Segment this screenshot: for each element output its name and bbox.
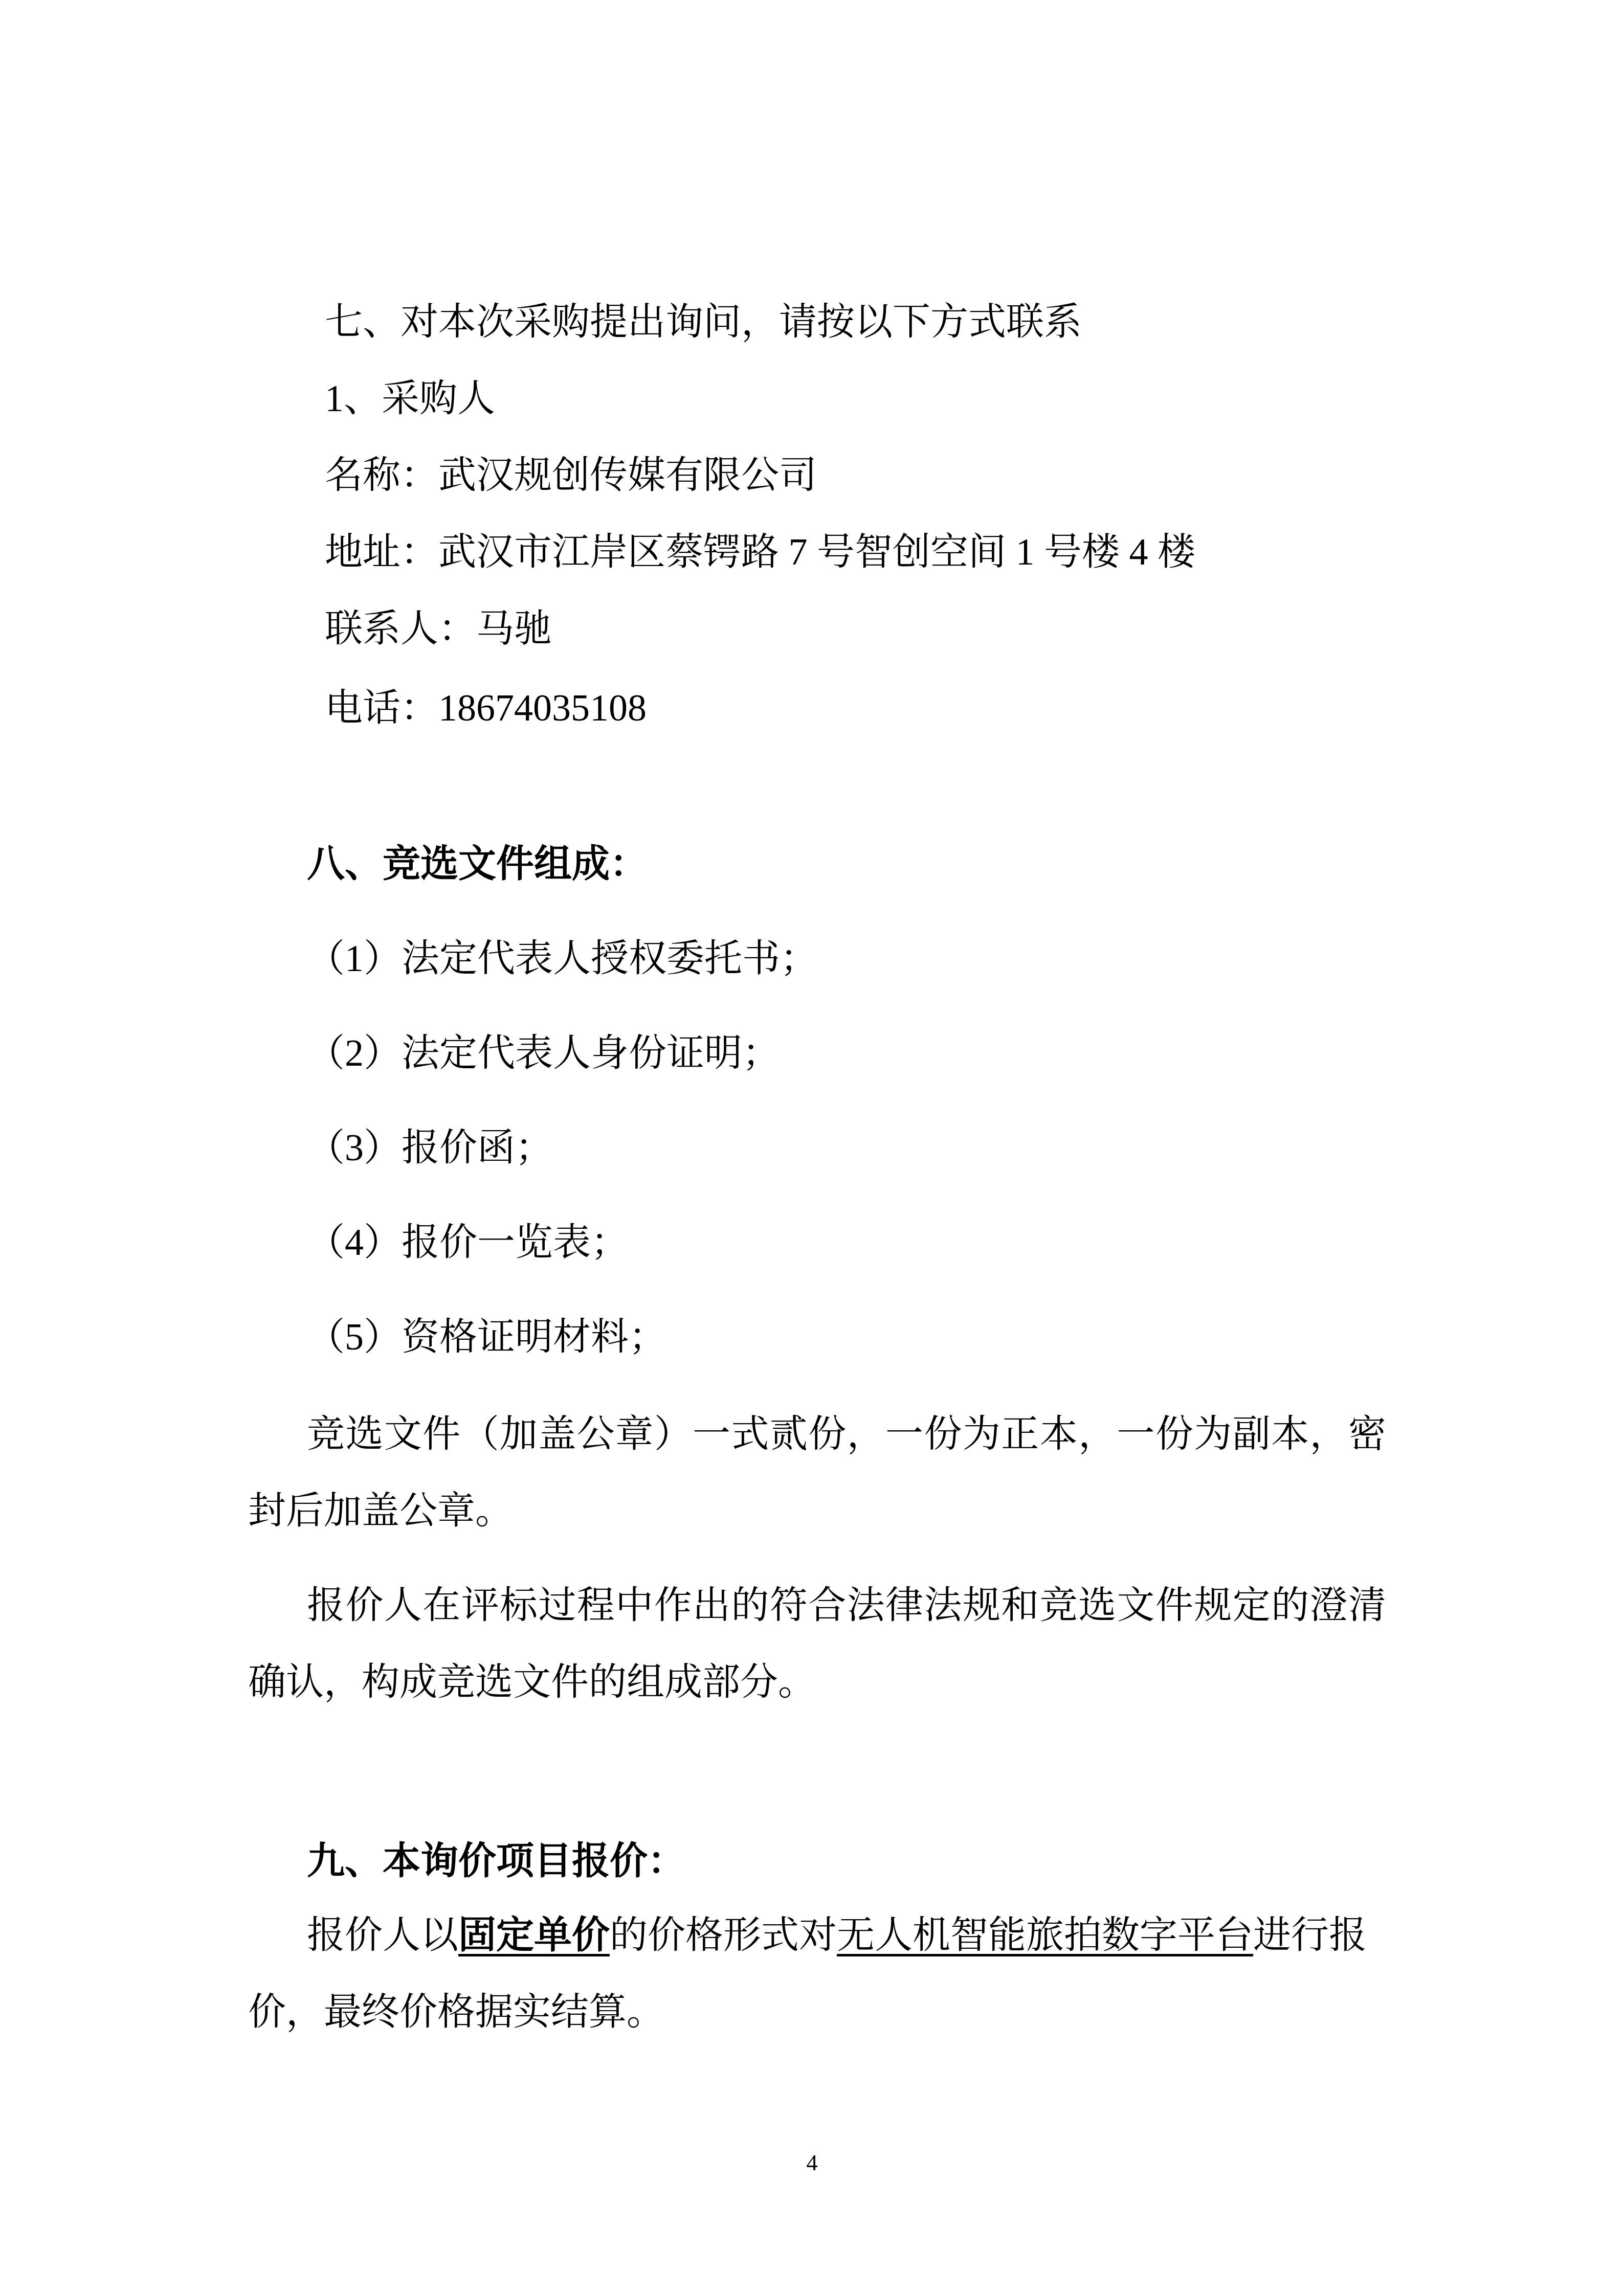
paragraph-copies-line1: 竞选文件（加盖公章）一式贰份，一份为正本，一份为副本，密: [307, 1411, 1386, 1457]
purchaser-address: 地址：武汉市江岸区蔡锷路 7 号智创空间 1 号楼 4 楼: [325, 529, 1195, 575]
pricing-suffix: 进行报: [1253, 1912, 1367, 1959]
section-8-heading: 八、竞选文件组成：: [307, 841, 648, 887]
purchaser-name: 名称：武汉规创传媒有限公司: [325, 453, 817, 499]
paragraph-clarification-line1: 报价人在评标过程中作出的符合法律法规和竞选文件规定的澄清: [307, 1583, 1386, 1629]
list-item: （5）资格证明材料；: [307, 1314, 666, 1360]
list-item: （4）报价一览表；: [307, 1220, 629, 1266]
purchaser-contact: 联系人：马驰: [325, 606, 552, 652]
list-item: （3）报价函；: [307, 1125, 553, 1171]
paragraph-copies-line2: 封后加盖公章。: [248, 1488, 513, 1534]
purchaser-phone: 电话：18674035108: [325, 685, 647, 731]
pricing-mid: 的价格形式对: [610, 1912, 837, 1959]
list-item: （2）法定代表人身份证明；: [307, 1030, 780, 1076]
paragraph-clarification-line2: 确认，构成竞选文件的组成部分。: [248, 1659, 816, 1705]
pricing-paragraph-line2: 价，最终价格据实结算。: [248, 1989, 664, 2035]
pricing-prefix: 报价人以: [307, 1912, 458, 1959]
section-9-heading: 九、本询价项目报价：: [307, 1838, 685, 1884]
page-number: 4: [0, 2150, 1624, 2176]
pricing-paragraph-line1: 报价人以 固定单价 的价格形式对 无人机智能旅拍数字平台 进行报: [307, 1912, 1386, 1959]
pricing-type-underlined: 固定单价: [458, 1912, 610, 1959]
project-name-underlined: 无人机智能旅拍数字平台: [837, 1912, 1253, 1959]
purchaser-label: 1、采购人: [325, 376, 495, 422]
section-7-heading: 七、对本次采购提出询问，请按以下方式联系: [325, 299, 1082, 345]
list-item: （1）法定代表人授权委托书；: [307, 936, 818, 982]
